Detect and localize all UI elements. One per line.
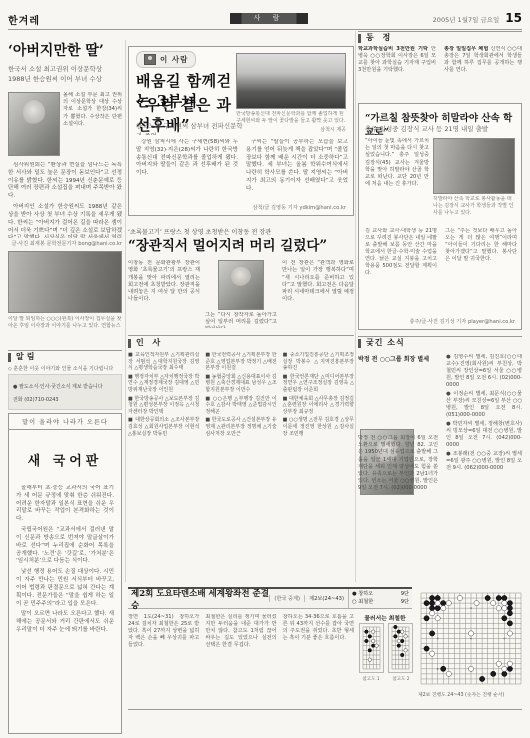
minister-portrait-photo — [218, 260, 264, 310]
reference-diagram-caption: 참고도 1 — [356, 676, 386, 682]
feature-article-box: 이 사람 배움길 함께걷는 3부녀 “우린 같은 과 선후배” 한국노총 구세현… — [128, 46, 354, 216]
insa-entry: ■ 교육인적자원부 △기획관리실장 서범석 △대학지원국장 김영식 △평생학습국… — [128, 352, 199, 372]
himalaya-body: 김 교사와 교사·대학생 등 21명으로 꾸려진 봉사단은 내일 네팔로 출발해… — [365, 228, 517, 312]
player-name: 창하오 — [358, 591, 401, 599]
go-board-caption: 제2보 진행도 24~43 (숫자는 진행 순서) — [418, 691, 524, 703]
obituary-list: ● 김영수씨 별세, 김진호(○○대 교수)·진영(회사원)씨 부친상, 박철민… — [446, 354, 522, 580]
article-paragraph: 김 교사와 교사·대학생 등 21명으로 꾸려진 봉사단은 내일 네팔로 출발해… — [365, 228, 437, 277]
language-box-body: 올해부터 초·중등 교과서의 국어 표기가 새 어문 규정에 맞춰 한층 쉬워진… — [16, 485, 114, 725]
family-graduation-photo — [236, 53, 346, 109]
minister-body: 이창동 전 문화관광부 장관이 영화 ‘초록물고기’의 프랑스 재개봉을 맞아 … — [128, 260, 354, 330]
article-paragraph: 국립국어원은 “교과서에서 걸러낸 말이 신문과 방송으로 번져야 말글살이가 … — [16, 527, 114, 566]
minister-headline: “장관직서 멀어지려 머리 길렀다” — [128, 238, 354, 254]
go-players-legend: ● 창하오9단 ○ 최철한9단 — [348, 589, 412, 608]
person-photo-icon — [144, 54, 156, 65]
minister-col-2: 그는 “다시 창작자로 돌아가고 싶어 일부러 머리를 길렀다”고 털어놨다. — [205, 260, 277, 330]
minister-kicker: ‘초록물고기’ 프랑스 첫 상영 초청받은 이창동 전 장관 — [128, 227, 354, 236]
article-paragraph: 그는 “주는 것보다 배우고 돌아오는 게 더 많은 여행”이라며 “아이들이 … — [445, 228, 517, 263]
column-divider — [125, 40, 126, 582]
feature-badge: 이 사람 — [136, 51, 196, 68]
dateline-block: 2005년 1월7일 금요일 15 — [433, 11, 522, 25]
left-article-headline: ‘아버지만한 딸’ — [8, 43, 122, 61]
contact-line: ● 팔도소식·인사·궂긴소식 제보 받습니다 — [13, 383, 117, 391]
contact-line: 전화 (02)710-0243 — [13, 396, 117, 404]
header-rule — [8, 29, 522, 30]
article-paragraph: 낯선 행정 용어도 손질 대상이다. 시민이 자주 만나는 민원 서식부터 바꾸… — [16, 569, 114, 608]
go-note: (한국 중계) — [269, 595, 304, 602]
article-paragraph: 말이 오르면 나라도 오른다고 했다. 새해에는 공문서와 거리 간판에서도 쉬… — [16, 611, 114, 634]
left-article-byline: 글·사진 최재봉 문학전문기자 bong@hani.co.kr — [8, 240, 122, 247]
dongjeong-title: 동 정 — [358, 34, 393, 43]
meeting-photo — [8, 251, 122, 313]
article-paragraph: 아버지인 소설가 한승원씨도 1988년 같은 상을 받아 사상 첫 부녀 수상… — [8, 204, 122, 238]
article-paragraph: 심사위원회는 “환상과 현실을 넘나드는 독특한 서사와 밀도 높은 문장이 돋… — [8, 162, 122, 201]
dongjeong-item: 총장 일일집무 체험 신연식 ○○대 총장은 7일 학생회관에서 학생들과 함께… — [444, 46, 522, 74]
insa-entry: ■ 농협중앙회 △신용대표이사 김병원 △축산경제대표 남성우 △조합지원본부장… — [205, 374, 276, 394]
dongjeong-item-head: 총장 일일집무 체험 — [444, 46, 488, 52]
contact-line: 팩스 (02)710-0569 — [13, 409, 117, 410]
left-article-deck: 한국서 소설 최고권위 이상문학상 1988년 한승원씨 이어 부녀 수상 — [8, 64, 122, 84]
feature-body: 강원 삼척시에 사는 구세현(58)씨와 두 딸 지영(32)·지은(28)씨가… — [136, 139, 348, 201]
insa-body: ■ 교육인적자원부 △기획관리실장 서범석 △대학지원국장 김영식 △평생학습국… — [128, 352, 354, 582]
dongjeong-item-head: 학교과학실습비 3천만원 기탁 — [358, 46, 428, 52]
go-game-number: 제2보(24~43) — [304, 595, 348, 602]
left-article-body-side: 올해 소설 부문 최고 권위의 이상문학상 대상 수상자로 소설가 한강(34)… — [63, 92, 122, 158]
obituary-entry: ● 조봉래(전 ○○중 교장)씨 별세=6일 광주 ○○병원, 발인 8일 오전… — [446, 451, 522, 472]
go-reference-diagram-1 — [359, 623, 384, 673]
language-box-title: 새 국어판 — [9, 450, 121, 469]
insa-entry: ■ 대한상공회의소 △조사본부장 김효성 △회원사업본부장 이현석 △홍보실장 … — [128, 417, 199, 437]
go-reference-label: 물러서는 최철한 — [358, 613, 412, 622]
masthead-logo: 한겨레 — [8, 12, 40, 27]
newspaper-page: 한겨레 사 람 2005년 1월7일 금요일 15 ‘아버지만한 딸’ 한국서 … — [0, 0, 530, 738]
notice-title: 알림 — [8, 353, 37, 362]
minister-col-2-text: 그는 “다시 창작자로 돌아가고 싶어 일부러 머리를 길렀다”고 털어놨다. — [205, 312, 277, 328]
player-rank: 9단 — [401, 591, 409, 599]
himalaya-lead: “아이들 눈빛 속에서 가르치는 일의 첫 마음을 다시 찾고 싶었습니다.” … — [365, 138, 429, 224]
go-board — [418, 590, 524, 687]
go-header-bar: 제2회 도요타덴소배 세계왕좌전 준결승 (한국 중계) 제2보(24~43) … — [128, 587, 412, 609]
reference-diagram-caption: 참고도 2 — [386, 676, 416, 682]
notice-contact-box: ● 팔도소식·인사·궂긴소식 제보 받습니다전화 (02)710-0243팩스 … — [8, 374, 122, 410]
insa-entry: ■ 한국언론재단 △미디어본부장 정연우 △연구조정실장 김영욱 △출판팀장 이… — [283, 374, 354, 394]
article-paragraph: 올해부터 초·중등 교과서의 국어 표기가 새 어문 규정에 맞춰 한층 쉬워진… — [16, 485, 114, 524]
feature-deck: 한국노총 구세현씨 삼부녀 전파신문학과 졸업 — [136, 121, 244, 135]
commentary-paragraph: 최철한은 실리를 챙기며 물러섰지만 두터움을 내준 대가가 만만치 않다. 참… — [205, 614, 276, 649]
obituary-title: 궂긴 소식 — [358, 339, 405, 348]
black-stone-icon: ● — [352, 591, 357, 599]
notice-intro: ◇ 훈훈한 이웃 이야기와 인물 소식을 기다립니다 — [8, 365, 122, 373]
himalaya-article-box: “가르칠 참뜻찾아 히말라야 산속 학교로” 충주 일성중 김장식 교사 등 2… — [358, 103, 522, 330]
insa-entry: ■ ○○은행 △부행장 김진만 이수호 △감사 박태영 △준법감시인 정해곤 — [205, 396, 276, 416]
insa-title: 인 사 — [128, 339, 163, 348]
obituary-entry: ● 이정순씨 별세, 최문식(○○물산 부장)씨 모친상=6일 부산 ○○병원,… — [446, 391, 522, 419]
commentary-paragraph: 장면 1도(24~31) 창하오가 24로 걸치자 최철한은 25로 받았다. … — [128, 614, 199, 649]
white-stone-icon: ○ — [352, 599, 357, 607]
obituary-entry: ● 김영수씨 별세, 김진호(○○대 교수)·진영(회사원)씨 부친상, 박철민… — [446, 354, 522, 389]
article-paragraph: 구씨는 “딸들이 공부하는 모습을 보고 용기를 얻어 뒤늦게 책을 잡았다”며… — [246, 139, 348, 194]
obituary-subhead: 박정 전 ○○그룹 회장 별세 — [358, 354, 438, 362]
minister-col-3: 이 전 장관은 “관객과 영화로 만나는 일이 가장 행복하다”며 “새 시나리… — [282, 260, 354, 330]
go-player-white: ○ 최철한9단 — [352, 599, 409, 607]
language-column-box: 말이 올라야 나라가 오른다 새 국어판 올해부터 초·중등 교과서의 국어 표… — [8, 413, 122, 734]
insa-entry: ■ 한국전력공사 △기획본부장 한준호 △영업본부장 박정기 △배전본부장 이원… — [205, 352, 276, 372]
deck-line: 1988년 한승원씨 이어 부녀 수상 — [8, 74, 122, 84]
feature-byline: 삼척/글 김영동 기자 ydkim@hani.co.kr — [196, 204, 346, 211]
author-portrait-photo — [8, 92, 60, 156]
player-rank: 9단 — [401, 599, 409, 607]
himalaya-deck: 충주 일성중 김장식 교사 등 21명 내일 출발 — [365, 124, 517, 135]
minister-col-1: 이창동 전 문화관광부 장관이 영화 ‘초록물고기’의 프랑스 재개봉을 맞아 … — [128, 260, 200, 330]
section-tab: 사 람 — [230, 13, 308, 24]
feature-badge-label: 이 사람 — [160, 54, 188, 65]
meeting-photo-caption: 이달 말 퇴임하는 ○○○(왼쪽) 이사장이 집무실을 찾아온 후임 이사장과 … — [8, 316, 122, 346]
go-title: 제2회 도요타덴소배 세계왕좌전 준결승 — [128, 587, 269, 611]
himalaya-photo-caption: 히말라야 산속 학교로 봉사활동을 떠나는 김장식 교사가 학생들과 작별 인사… — [433, 196, 515, 220]
insa-entry: ■ 대한체육회 △사무총장 김정길 △훈련원장 이에리사 △경기력향상부장 최규… — [283, 396, 354, 416]
insa-entry: ■ ○○생명 △전무 김호경 △상무 이문세 정진영 한상원 △감사실장 조민행 — [283, 417, 354, 437]
insa-entry: ■ 행정자치부 △자치행정국장 박연수 △재정경제국장 김대영 △민방위재난국장… — [128, 374, 199, 394]
article-paragraph: 강원 삼척시에 사는 구세현(58)씨와 두 딸 지영(32)·지은(28)씨가… — [136, 139, 238, 178]
feature-photo-credit: 삼척시 제공 — [236, 127, 346, 134]
language-box-kicker: 말이 올라야 나라가 오른다 — [9, 414, 121, 430]
date-text: 2005년 1월7일 금요일 — [433, 15, 500, 24]
page-number: 15 — [505, 11, 522, 25]
left-article-body: 심사위원회는 “환상과 현실을 넘나드는 독특한 서사와 밀도 높은 문장이 돋… — [8, 162, 122, 238]
deck-line: 한국서 소설 최고권위 이상문학상 — [8, 64, 122, 74]
feature-photo-caption: 한국방송통신대 전파신문학과를 함께 졸업하게 된 구세현씨와 두 딸이 꽃다발… — [236, 111, 346, 127]
insa-entry: ■ 한국도로공사 △건설본부장 유영제 △관리본부장 정명채 △기술심사처장 오… — [205, 417, 276, 437]
insa-entry: ■ 한국방송공사 △보도본부장 김청원 △편성본부장 이정옥 △시청자센터장 박… — [128, 396, 199, 416]
insa-entry: ■ 중소기업진흥공단 △기획조정실장 박봉수 △지역진흥본부장 송하진 — [283, 352, 354, 372]
himalaya-photo — [433, 138, 515, 194]
dongjeong-item: 학교과학실습비 3천만원 기탁 안병욱 ○○장학회 이사장은 6일 모교를 찾아… — [358, 46, 436, 74]
commentary-paragraph: 창하오는 34·36으로 호흡을 고른 뒤 43까지 선수를 잡아 국면의 주도… — [283, 614, 354, 642]
bottom-rule — [128, 709, 522, 710]
obituary-body: 박정 전 ○○그룹 회장이 6일 오전 노환으로 별세했다. 향년 82. 고인… — [358, 435, 438, 580]
obituary-entry: ● 박민자씨 별세, 정해창(변호사)씨 빙모상=6일 대전 ○○병원, 발인 … — [446, 421, 522, 449]
go-reference-diagram-2 — [388, 623, 413, 673]
himalaya-byline: 충주/글·사진 김기성 기자 player@hani.co.kr — [365, 318, 515, 325]
column-divider — [355, 31, 356, 582]
player-name: 최철한 — [358, 599, 401, 607]
dongjeong-list: 학교과학실습비 3천만원 기탁 안병욱 ○○장학회 이사장은 6일 모교를 찾아… — [358, 46, 522, 98]
go-player-black: ● 창하오9단 — [352, 591, 409, 599]
